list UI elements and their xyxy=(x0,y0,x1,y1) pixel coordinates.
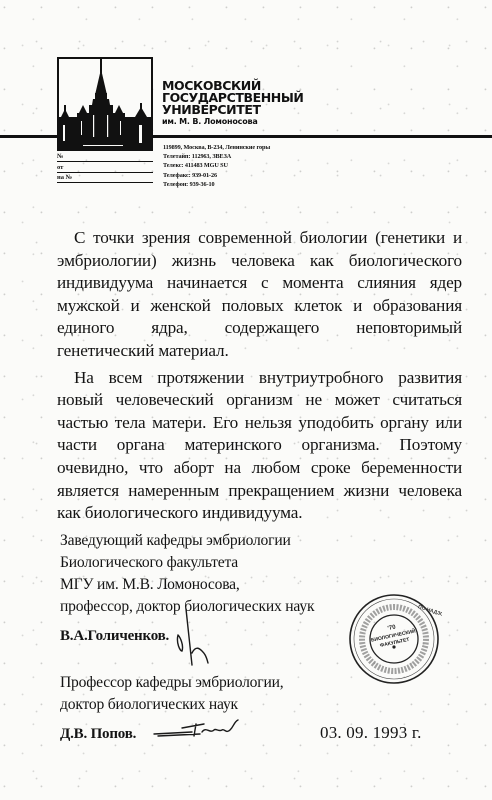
signatory-2-title-2: доктор биологических наук xyxy=(60,694,283,716)
signature-2 xyxy=(152,718,247,742)
org-subtitle: им. М. В. Ломоносова xyxy=(162,116,303,127)
svg-text:'70: '70 xyxy=(387,624,397,632)
ref-reply-field: на № xyxy=(57,173,153,183)
telex: Телекс: 411483 MGU SU xyxy=(163,161,270,170)
address: 119899, Москва, В-234, Ленинские горы xyxy=(163,143,270,152)
teletype: Телетайп: 112963, ЗВЕЗА xyxy=(163,152,270,161)
phone: Телефон: 939-36-10 xyxy=(163,180,270,189)
signatory-1-title-1: Заведующий кафедры эмбриологии xyxy=(60,530,314,552)
letter-body: С точки зрения современной биологии (ген… xyxy=(57,227,462,525)
contact-info: 119899, Москва, В-234, Ленинские горы Те… xyxy=(163,143,270,189)
reference-fields: № от на № xyxy=(57,152,153,184)
signatory-1-title-2: Биологического факультета xyxy=(60,552,314,574)
paragraph-2: На всем протяжении внутриутробного разви… xyxy=(57,367,462,525)
paragraph-1: С точки зрения современной биологии (ген… xyxy=(57,227,462,363)
letter-date: 03. 09. 1993 г. xyxy=(320,723,422,743)
org-line-3: УНИВЕРСИТЕТ xyxy=(162,104,303,116)
university-building-icon xyxy=(57,57,153,151)
fax: Телефакс: 939-01-26 xyxy=(163,171,270,180)
signatory-2-title-1: Профессор кафедры эмбриологии, xyxy=(60,672,283,694)
organization-name: МОСКОВСКИЙ ГОСУДАРСТВЕННЫЙ УНИВЕРСИТЕТ и… xyxy=(162,80,303,127)
stamp-ring-text: ПО НАДЗОРУ xyxy=(417,604,442,620)
signature-1 xyxy=(170,605,230,675)
ref-date-field: от xyxy=(57,163,153,173)
ref-number-field: № xyxy=(57,152,153,162)
signatory-1-title-3: МГУ им. М.В. Ломоносова, xyxy=(60,574,314,596)
official-stamp: '70 БИОЛОГИЧЕСКИЙ ФАКУЛЬТЕТ ПО НАДЗОРУ xyxy=(347,592,442,692)
